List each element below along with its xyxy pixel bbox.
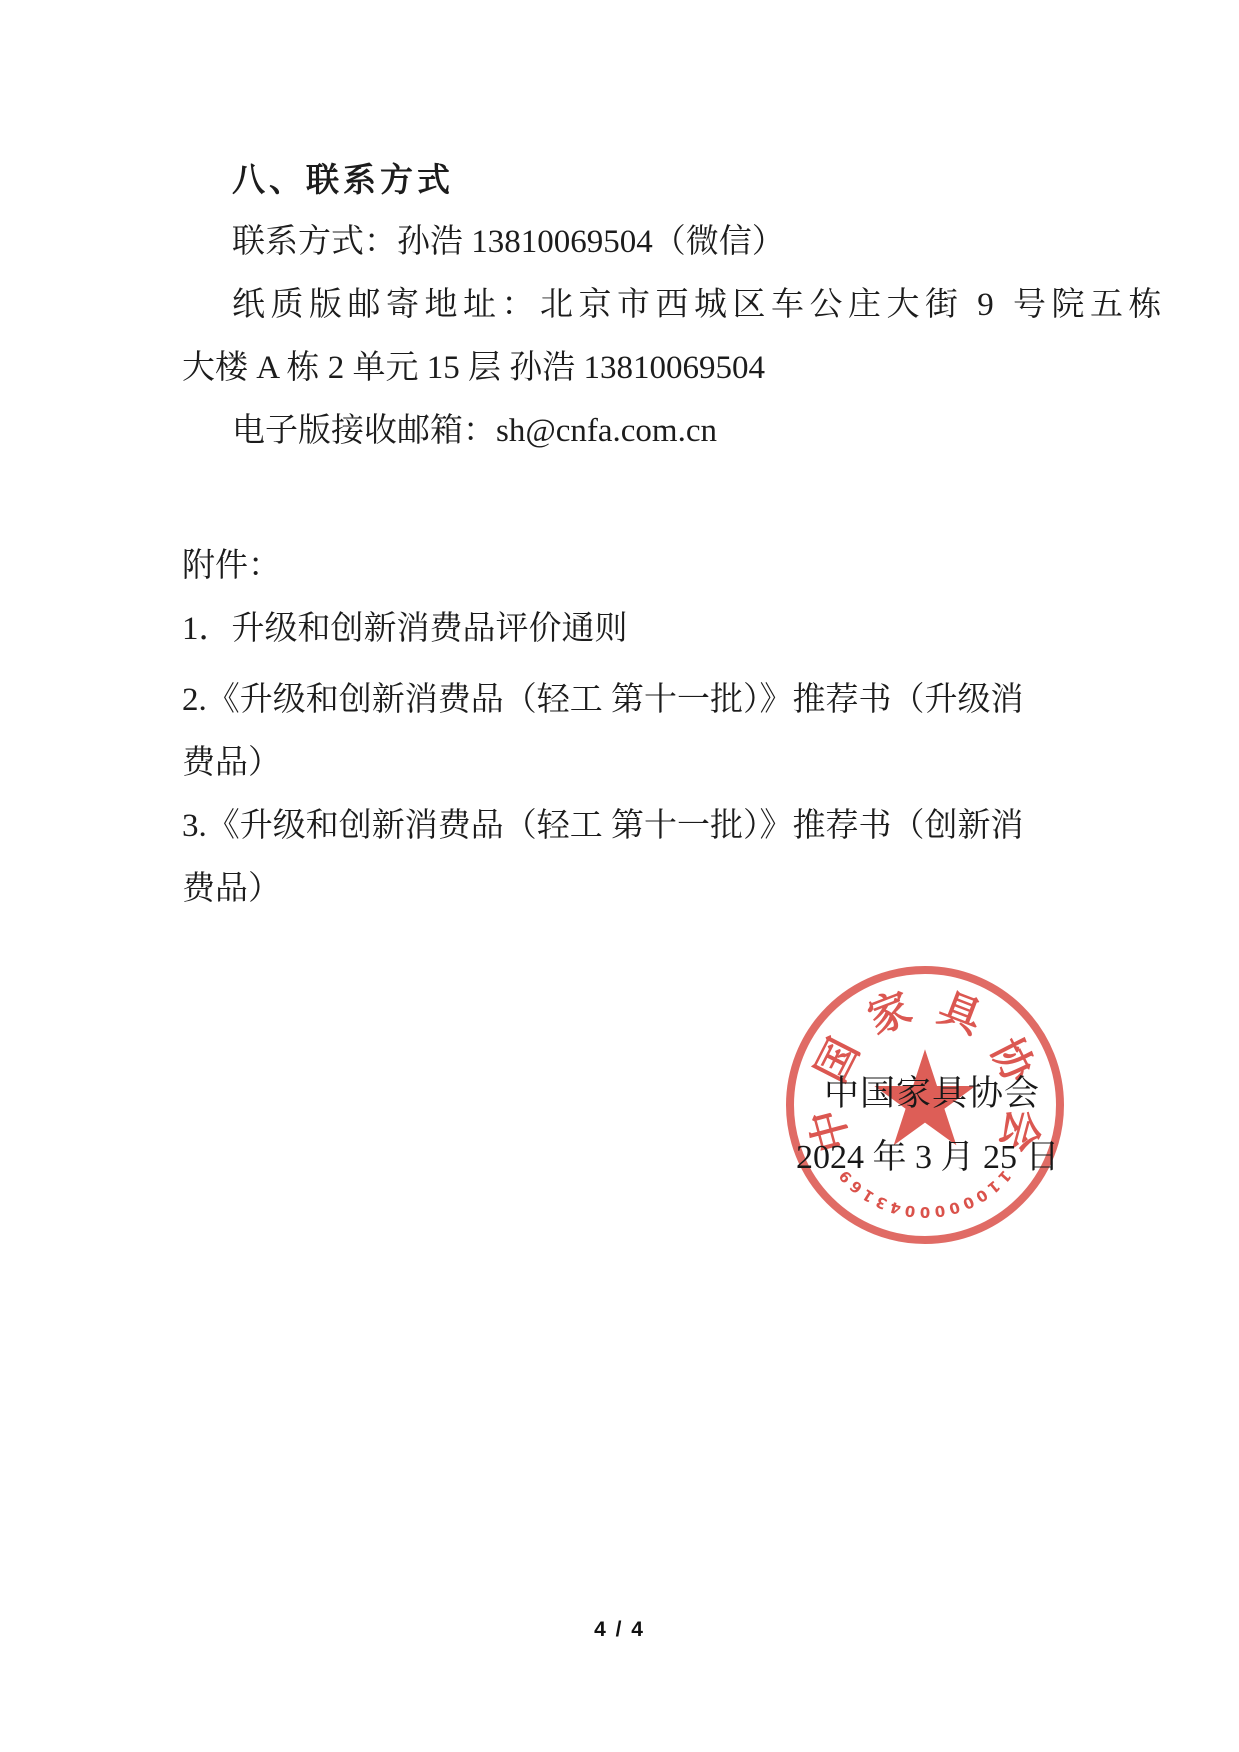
address-line-1: 纸质版邮寄地址：北京市西城区车公庄大街 9 号院五栋 <box>182 274 1067 337</box>
attachment-item-3-line-1: 3.《升级和创新消费品（轻工 第十一批）》推荐书（创新消 <box>182 795 1067 858</box>
section-heading: 八、联系方式 <box>182 148 1067 211</box>
seal-serial-digit: 0 <box>931 1201 949 1221</box>
attachment-item-2-line-2: 费品） <box>182 732 1067 795</box>
email-line: 电子版接收邮箱：sh@cnfa.com.cn <box>182 400 1067 463</box>
signature-org-name: 中国家具协会 <box>824 1074 1040 1114</box>
attachment-item-3-line-2: 费品） <box>182 858 1067 921</box>
attachment-item-1: 1．升级和创新消费品评价通则 <box>182 598 1067 661</box>
address-line-2: 大楼 A 栋 2 单元 15 层 孙浩 13810069504 <box>182 337 1067 400</box>
attachment-item-2-line-1: 2.《升级和创新消费品（轻工 第十一批）》推荐书（升级消 <box>182 669 1067 732</box>
seal-serial-digit: 0 <box>917 1203 933 1221</box>
document-body: 八、联系方式 联系方式：孙浩 13810069504（微信） 纸质版邮寄地址：北… <box>182 148 1067 921</box>
signature-date: 2024 年 3 月 25 日 <box>796 1138 1060 1178</box>
contact-line: 联系方式：孙浩 13810069504（微信） <box>182 211 1067 274</box>
document-page: 八、联系方式 联系方式：孙浩 13810069504（微信） 纸质版邮寄地址：北… <box>0 0 1239 1752</box>
attachments-label: 附件： <box>182 535 1067 598</box>
page-number: 4 / 4 <box>0 1618 1239 1642</box>
